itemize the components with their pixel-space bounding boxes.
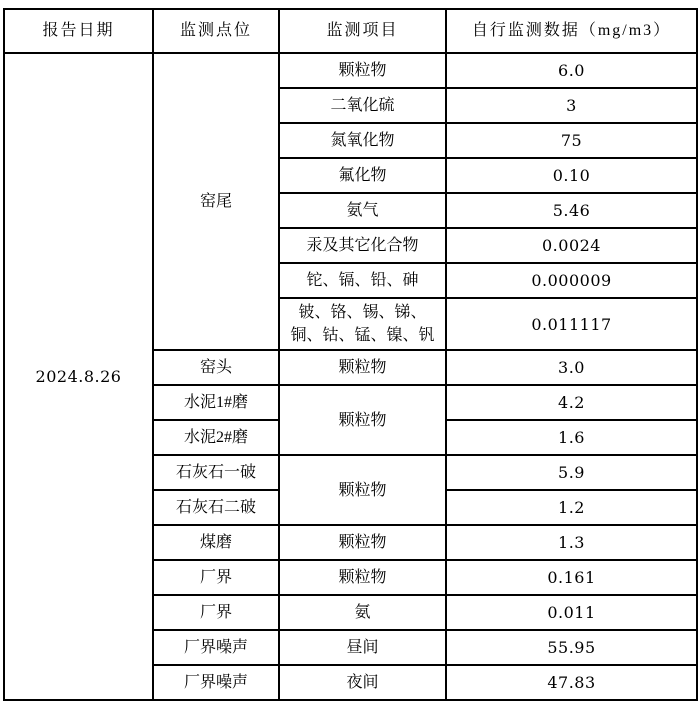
monitoring-data-table: 报告日期 监测点位 监测项目 自行监测数据（mg/m3） 2024.8.26 窑… <box>3 8 698 701</box>
header-cell-self-monitoring-data: 自行监测数据（mg/m3） <box>446 9 697 53</box>
monitoring-item-cell: 氮氧化物 <box>279 123 446 158</box>
monitoring-item-cell: 颗粒物 <box>279 385 446 455</box>
value-cell: 3.0 <box>446 350 697 385</box>
table-header-row: 报告日期 监测点位 监测项目 自行监测数据（mg/m3） <box>4 9 697 53</box>
value-cell: 1.2 <box>446 490 697 525</box>
monitoring-point-cell: 厂界 <box>153 560 279 595</box>
monitoring-item-cell: 颗粒物 <box>279 350 446 385</box>
monitoring-item-cell: 夜间 <box>279 665 446 700</box>
monitoring-point-cell: 水泥2#磨 <box>153 420 279 455</box>
value-cell: 5.46 <box>446 193 697 228</box>
monitoring-item-cell: 氨 <box>279 595 446 630</box>
value-cell: 4.2 <box>446 385 697 420</box>
monitoring-point-cell: 窑头 <box>153 350 279 385</box>
value-cell: 1.6 <box>446 420 697 455</box>
value-cell: 0.10 <box>446 158 697 193</box>
monitoring-point-cell: 厂界 <box>153 595 279 630</box>
page: 报告日期 监测点位 监测项目 自行监测数据（mg/m3） 2024.8.26 窑… <box>0 0 700 705</box>
header-cell-monitoring-point: 监测点位 <box>153 9 279 53</box>
value-cell: 1.3 <box>446 525 697 560</box>
monitoring-item-cell: 颗粒物 <box>279 560 446 595</box>
value-cell: 0.161 <box>446 560 697 595</box>
monitoring-item-cell: 铊、镉、铅、砷 <box>279 263 446 298</box>
value-cell: 3 <box>446 88 697 123</box>
monitoring-point-cell: 煤磨 <box>153 525 279 560</box>
monitoring-item-cell: 汞及其它化合物 <box>279 228 446 263</box>
monitoring-item-cell: 颗粒物 <box>279 525 446 560</box>
value-cell: 47.83 <box>446 665 697 700</box>
monitoring-point-cell: 石灰石二破 <box>153 490 279 525</box>
value-cell: 75 <box>446 123 697 158</box>
monitoring-point-cell: 水泥1#磨 <box>153 385 279 420</box>
value-cell: 0.011 <box>446 595 697 630</box>
monitoring-point-cell: 厂界噪声 <box>153 665 279 700</box>
value-cell: 55.95 <box>446 630 697 665</box>
report-date-cell: 2024.8.26 <box>4 53 153 700</box>
value-cell: 5.9 <box>446 455 697 490</box>
monitoring-item-cell: 颗粒物 <box>279 53 446 88</box>
monitoring-item-cell: 颗粒物 <box>279 455 446 525</box>
monitoring-point-cell: 石灰石一破 <box>153 455 279 490</box>
monitoring-point-cell: 窑尾 <box>153 53 279 350</box>
monitoring-item-cell: 昼间 <box>279 630 446 665</box>
monitoring-item-cell: 氟化物 <box>279 158 446 193</box>
table-row: 2024.8.26 窑尾 颗粒物 6.0 <box>4 53 697 88</box>
value-cell: 6.0 <box>446 53 697 88</box>
value-cell: 0.0024 <box>446 228 697 263</box>
value-cell: 0.011117 <box>446 298 697 350</box>
header-cell-report-date: 报告日期 <box>4 9 153 53</box>
monitoring-item-cell: 二氧化硫 <box>279 88 446 123</box>
monitoring-point-cell: 厂界噪声 <box>153 630 279 665</box>
header-cell-monitoring-item: 监测项目 <box>279 9 446 53</box>
monitoring-item-cell: 铍、铬、锡、锑、铜、钴、锰、镍、钒 <box>279 298 446 350</box>
value-cell: 0.000009 <box>446 263 697 298</box>
monitoring-item-cell: 氨气 <box>279 193 446 228</box>
